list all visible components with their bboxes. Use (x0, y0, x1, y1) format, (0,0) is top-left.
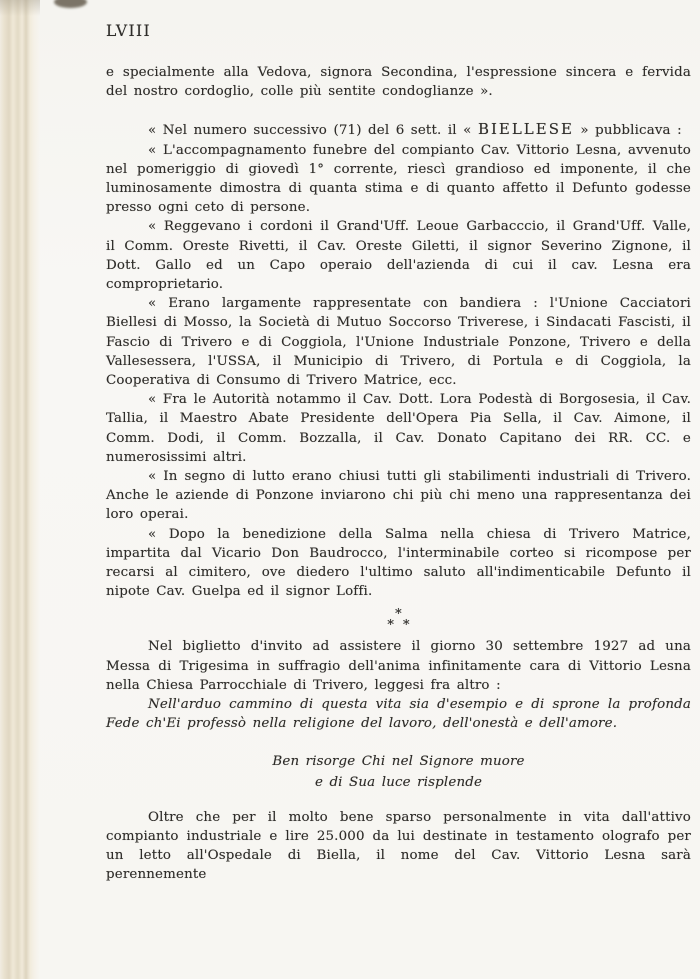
scan-smudge (54, 0, 87, 8)
verse-line-1: Ben risorge Chi nel Signore muore (106, 751, 691, 772)
biellese-pre-text: « Nel numero successivo (71) del 6 sett.… (148, 123, 478, 138)
biellese-journal-name: BIELLESE (478, 120, 574, 138)
paragraph-oltre: Oltre che per il molto bene sparso perso… (106, 808, 691, 885)
biellese-post-text: » pubblicava : (574, 123, 682, 138)
scanned-book-page: LVIII e specialmente alla Vedova, signor… (0, 0, 700, 979)
asterism-right-star: * (403, 618, 410, 633)
paragraph-epigraph: Nell'arduo cammino di questa vita sia d'… (106, 695, 691, 733)
paragraph-lutto: « In segno di lutto erano chiusi tutti g… (106, 467, 691, 525)
verse-couplet: Ben risorge Chi nel Signore muore e di S… (106, 751, 691, 793)
paragraph-biglietto: Nel biglietto d'invito ad assistere il g… (106, 637, 691, 695)
main-text: e specialmente alla Vedova, signora Seco… (106, 63, 691, 884)
asterism-separator: * ** (106, 610, 691, 632)
paragraph-cordoni: « Reggevano i cordoni il Grand'Uff. Leou… (106, 217, 691, 294)
paragraph-condolences: e specialmente alla Vedova, signora Seco… (106, 63, 691, 101)
book-fore-edge (0, 0, 40, 979)
page-number: LVIII (106, 22, 151, 40)
paragraph-autorita: « Fra le Autorità notammo il Cav. Dott. … (106, 390, 691, 467)
paragraph-biellese: « Nel numero successivo (71) del 6 sett.… (106, 120, 691, 140)
paragraph-benedizione: « Dopo la benedizione della Salma nella … (106, 525, 691, 602)
paragraph-bandiere: « Erano largamente rappresentate con ban… (106, 294, 691, 390)
verse-line-2: e di Sua luce risplende (106, 772, 691, 793)
paragraph-funeral: « L'accompagnamento funebre del compiant… (106, 141, 691, 218)
asterism-left-star: * (387, 618, 394, 633)
